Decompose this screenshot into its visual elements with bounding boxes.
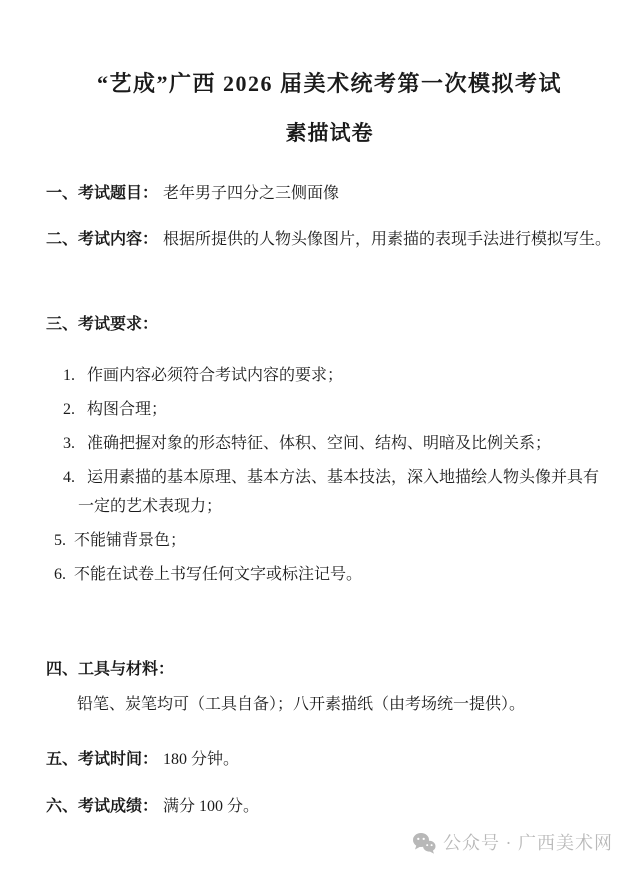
section-number: 四、 — [46, 661, 78, 678]
section-exam-time: 五、考试时间：180 分钟。 — [46, 750, 613, 769]
watermark: 公众号 · 广西美术网 — [46, 832, 613, 854]
requirement-text: 运用素描的基本原理、基本方法、基本技法，深入地描绘人物头像并具有 — [87, 468, 613, 487]
requirement-item: 6. 不能在试卷上书写任何文字或标注记号。 — [54, 565, 613, 584]
document-title: “艺成”广西 2026 届美术统考第一次模拟考试 — [46, 71, 613, 97]
section-content: 180 分钟。 — [163, 751, 239, 768]
section-content: 根据所提供的人物头像图片，用素描的表现手法进行模拟写生。 — [163, 231, 611, 248]
requirement-item: 5. 不能铺背景色； — [54, 531, 613, 550]
requirement-number: 3. — [63, 434, 80, 453]
requirement-item: 1. 作画内容必须符合考试内容的要求； — [63, 366, 613, 385]
requirement-number: 6. — [54, 565, 71, 584]
watermark-text: 公众号 · 广西美术网 — [443, 833, 613, 854]
section-exam-requirements: 三、考试要求： — [46, 315, 613, 334]
section-exam-score: 六、考试成绩：满分 100 分。 — [46, 797, 613, 816]
requirement-text: 不能铺背景色； — [74, 532, 186, 549]
requirement-text-continued: 一定的艺术表现力； — [78, 497, 613, 516]
requirement-text: 构图合理； — [87, 401, 167, 418]
section-heading: 考试时间： — [78, 751, 158, 768]
requirement-number: 5. — [54, 531, 71, 550]
section-content: 满分 100 分。 — [163, 798, 259, 815]
section-exam-content: 二、考试内容：根据所提供的人物头像图片，用素描的表现手法进行模拟写生。 — [46, 230, 613, 249]
section-heading: 考试内容： — [78, 231, 158, 248]
document-subtitle: 素描试卷 — [46, 120, 613, 146]
section-heading: 考试要求： — [78, 316, 158, 333]
section-number: 一、 — [46, 185, 78, 202]
requirement-text: 不能在试卷上书写任何文字或标注记号。 — [74, 566, 362, 583]
section-number: 五、 — [46, 751, 78, 768]
exam-document-page: “艺成”广西 2026 届美术统考第一次模拟考试 素描试卷 一、考试题目：老年男… — [0, 0, 631, 870]
requirement-number: 2. — [63, 400, 80, 419]
requirement-number: 1. — [63, 366, 80, 385]
section-number: 二、 — [46, 231, 78, 248]
section-number: 六、 — [46, 798, 78, 815]
requirements-list: 1. 作画内容必须符合考试内容的要求； 2. 构图合理； 3. 准确把握对象的形… — [46, 366, 613, 599]
section-number: 三、 — [46, 316, 78, 333]
section-heading: 考试成绩： — [78, 798, 158, 815]
requirement-text: 准确把握对象的形态特征、体积、空间、结构、明暗及比例关系； — [87, 435, 551, 452]
requirement-item: 3. 准确把握对象的形态特征、体积、空间、结构、明暗及比例关系； — [63, 434, 613, 453]
section-tools-materials: 四、工具与材料： — [46, 660, 613, 679]
requirement-item: 4. 运用素描的基本原理、基本方法、基本技法，深入地描绘人物头像并具有 一定的艺… — [63, 468, 613, 516]
section-heading: 考试题目： — [78, 185, 158, 202]
section-exam-topic: 一、考试题目：老年男子四分之三侧面像 — [46, 184, 613, 203]
section-heading: 工具与材料： — [78, 661, 174, 678]
requirement-text: 作画内容必须符合考试内容的要求； — [87, 367, 343, 384]
requirement-item: 2. 构图合理； — [63, 400, 613, 419]
section-content: 老年男子四分之三侧面像 — [163, 185, 339, 202]
wechat-icon — [412, 832, 436, 854]
tools-materials-content: 铅笔、炭笔均可（工具自备）；八开素描纸（由考场统一提供）。 — [77, 695, 613, 714]
